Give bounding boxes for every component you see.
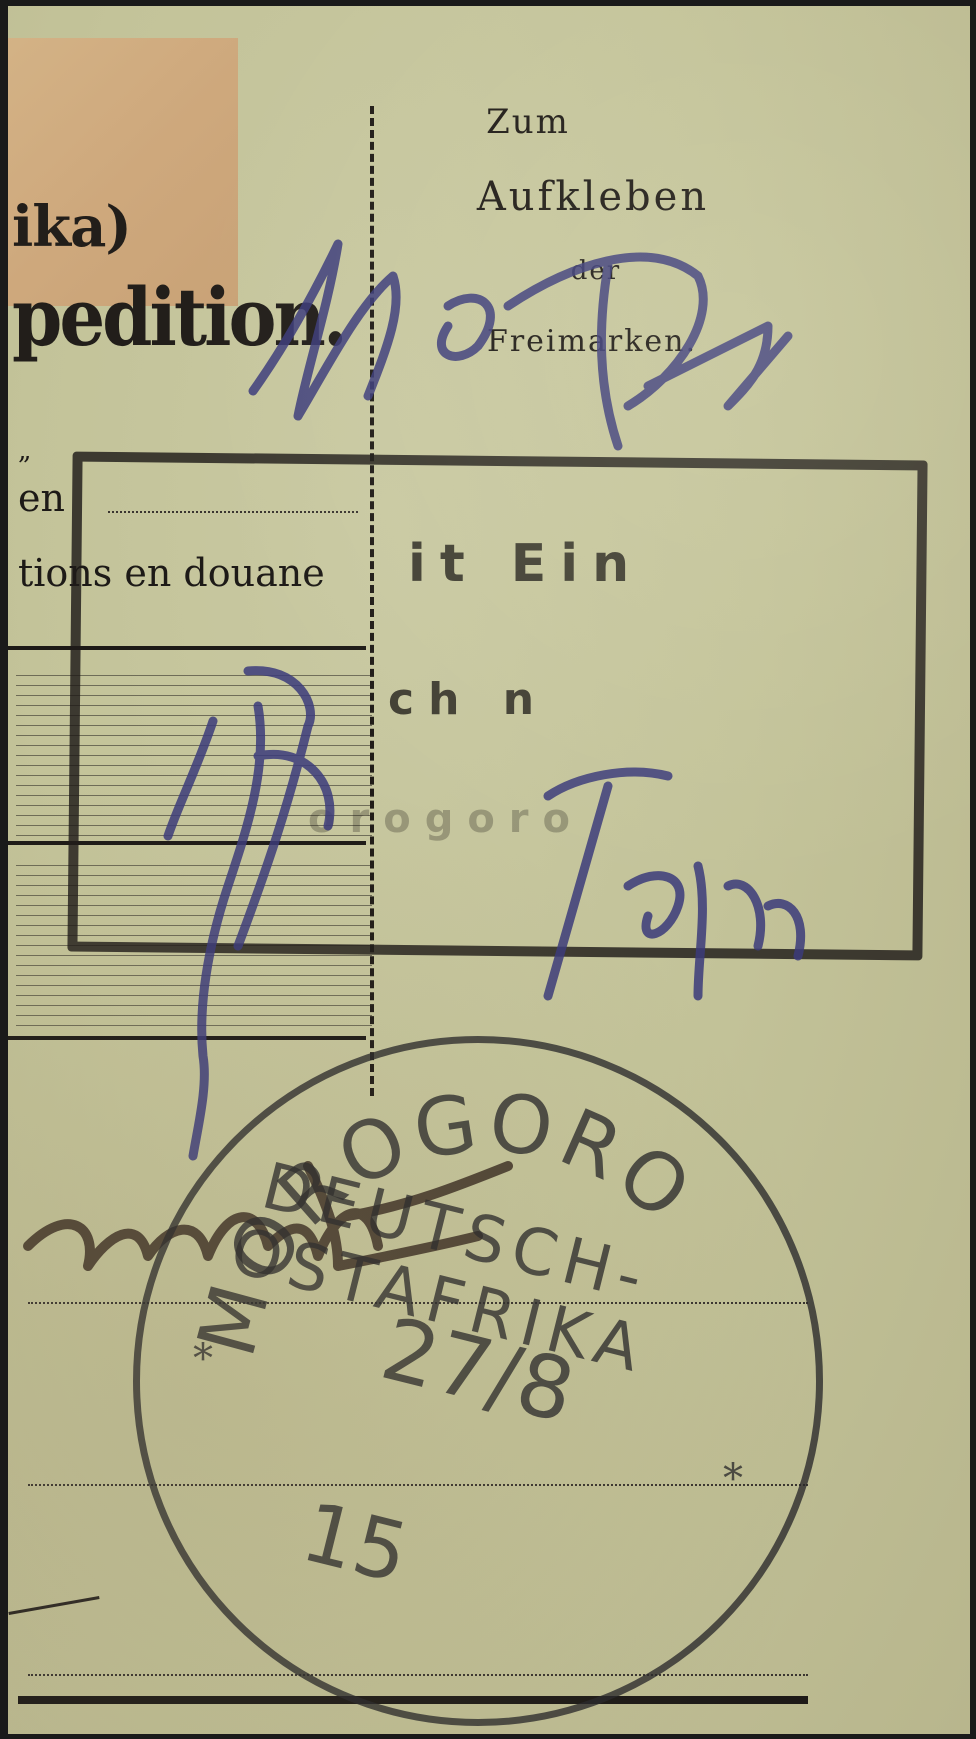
parcel-card-fragment: ika) pedition. Zum Aufkleben der Freimar… xyxy=(8,6,970,1734)
stamp-area-label-freimarken: Freimarken. xyxy=(487,324,697,359)
box-handstamp-line-1: it Ein xyxy=(408,534,643,594)
box-handstamp-line-2: ch n xyxy=(388,674,548,725)
stamp-area-label-der: der xyxy=(571,256,621,286)
postmark-star-left: * xyxy=(193,1336,213,1382)
morogoro-postmark: MOROGORO DEUTSCH- OSTAFRIKA 27/8 15 * * xyxy=(133,1036,823,1726)
label-quote-mark: „ xyxy=(18,436,31,466)
signature-stroke xyxy=(8,1596,99,1615)
heading-fragment-ika: ika) xyxy=(12,194,131,260)
heading-fragment-expedition: pedition. xyxy=(12,270,345,364)
label-fragment-en: en xyxy=(18,476,65,520)
stamp-area-label-aufkleben: Aufkleben xyxy=(477,174,709,220)
stamp-remnant xyxy=(8,38,238,306)
stamp-area-label-zum: Zum xyxy=(486,102,570,142)
postmark-star-right: * xyxy=(723,1456,743,1502)
box-handstamp-line-3: orogoro xyxy=(308,796,584,842)
